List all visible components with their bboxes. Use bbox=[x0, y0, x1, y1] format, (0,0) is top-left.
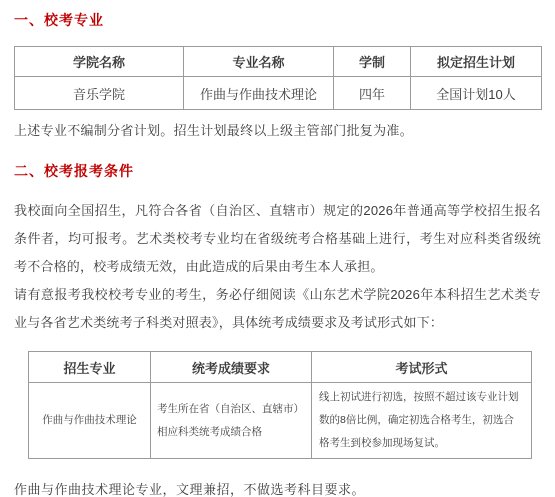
cell-enrollment-major: 作曲与作曲技术理论 bbox=[29, 383, 151, 459]
requirements-paragraph-1: 我校面向全国招生，凡符合各省（自治区、直辖市）规定的2026年普通高等学校招生报… bbox=[14, 197, 541, 281]
requirements-data-row: 作曲与作曲技术理论 考生所在省（自治区、直辖市）相应科类统考成绩合格 线上初试进… bbox=[29, 383, 532, 459]
requirements-table: 招生专业 统考成绩要求 考试形式 作曲与作曲技术理论 考生所在省（自治区、直辖市… bbox=[28, 351, 532, 459]
cell-study-length: 四年 bbox=[334, 77, 411, 110]
header-enrollment-major: 招生专业 bbox=[29, 352, 151, 383]
admissions-document-page: 一、校考专业 学院名称 专业名称 学制 拟定招生计划 音乐学院 作曲与作曲技术理… bbox=[0, 0, 555, 497]
cell-major-name: 作曲与作曲技术理论 bbox=[184, 77, 334, 110]
header-major-name: 专业名称 bbox=[184, 47, 334, 77]
subject-requirement-note: 作曲与作曲技术理论专业，文理兼招，不做选考科目要求。 bbox=[14, 476, 541, 497]
header-unified-exam-score: 统考成绩要求 bbox=[151, 352, 312, 383]
header-study-length: 学制 bbox=[334, 47, 411, 77]
header-college-name: 学院名称 bbox=[15, 47, 184, 77]
header-planned-quota: 拟定招生计划 bbox=[411, 47, 542, 77]
requirements-paragraph-2: 请有意报考我校校考专业的考生，务必仔细阅读《山东艺术学院2026年本科招生艺术类… bbox=[14, 281, 541, 337]
cell-exam-format: 线上初试进行初选，按照不超过该专业计划数的8倍比例，确定初选合格考生，初选合格考… bbox=[312, 383, 532, 459]
exam-majors-table: 学院名称 专业名称 学制 拟定招生计划 音乐学院 作曲与作曲技术理论 四年 全国… bbox=[14, 46, 542, 110]
requirements-header-row: 招生专业 统考成绩要求 考试形式 bbox=[29, 352, 532, 383]
section-heading-exam-majors: 一、校考专业 bbox=[14, 12, 541, 28]
exam-majors-data-row: 音乐学院 作曲与作曲技术理论 四年 全国计划10人 bbox=[15, 77, 542, 110]
plan-approval-note: 上述专业不编制分省计划。招生计划最终以上级主管部门批复为准。 bbox=[14, 122, 541, 139]
header-exam-format: 考试形式 bbox=[312, 352, 532, 383]
cell-college-name: 音乐学院 bbox=[15, 77, 184, 110]
cell-planned-quota: 全国计划10人 bbox=[411, 77, 542, 110]
exam-majors-header-row: 学院名称 专业名称 学制 拟定招生计划 bbox=[15, 47, 542, 77]
section-heading-requirements: 二、校考报考条件 bbox=[14, 163, 541, 179]
cell-unified-exam-score: 考生所在省（自治区、直辖市）相应科类统考成绩合格 bbox=[151, 383, 312, 459]
